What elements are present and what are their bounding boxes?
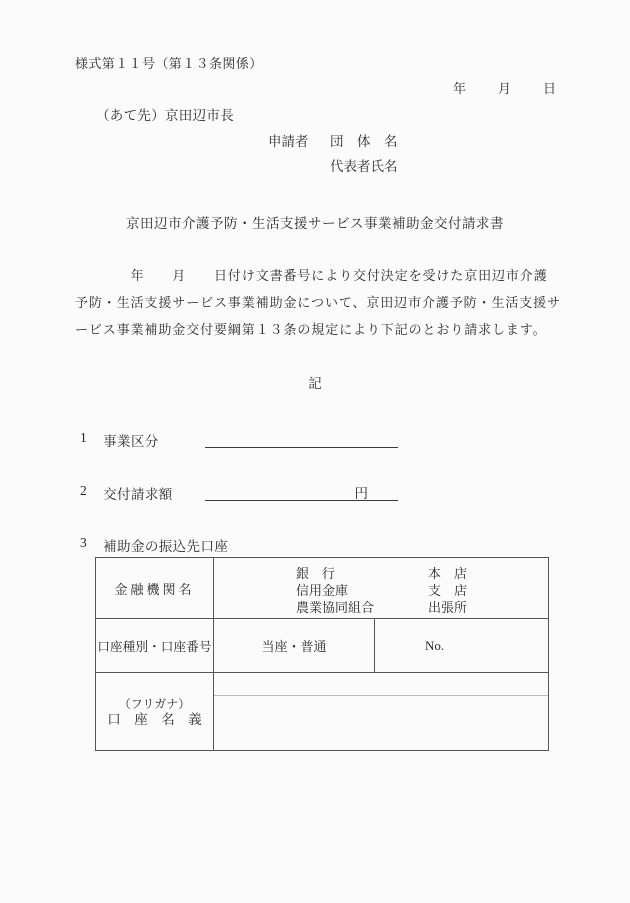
institution-type: 農業協同組合 — [296, 599, 374, 616]
furigana-entry-area — [214, 673, 548, 696]
item-business-category: 1 事業区分 — [80, 430, 159, 450]
document-title: 京田辺市介護予防・生活支援サービス事業補助金交付請求書 — [0, 212, 630, 232]
applicant-label: 申請者 — [268, 130, 309, 150]
month-label: 月 — [498, 78, 511, 97]
item-request-amount: 2 交付請求額 — [80, 483, 173, 503]
bank-account-table: 金融機関名 銀 行 信用金庫 農業協同組合 本 店 支 店 出張所 口座 — [95, 557, 549, 751]
document-page: 様式第１１号（第１３条関係） 年 月 日 （あて先）京田辺市長 申請者 団 体 … — [0, 0, 630, 903]
body-paragraph: 年 月 日付け文書番号により交付決定を受けた京田辺市介護 予防・生活支援サービス… — [75, 262, 561, 343]
item-number: 3 — [80, 535, 87, 555]
body-line: 予防・生活支援サービス事業補助金について、京田辺市介護予防・生活支援サ — [75, 289, 561, 316]
body-line: ービス事業補助金交付要綱第１３条の規定により下記のとおり請求します。 — [75, 316, 561, 343]
branch-type: 本 店 — [428, 565, 467, 582]
branch-type: 出張所 — [428, 599, 467, 616]
item-number: 2 — [80, 483, 87, 503]
body-line: 年 月 日付け文書番号により交付決定を受けた京田辺市介護 — [75, 262, 561, 289]
account-number-cell: No. — [375, 619, 549, 673]
item-number: 1 — [80, 430, 87, 450]
yen-unit-label: 円 — [355, 486, 369, 501]
financial-institution-header: 金融機関名 — [96, 558, 214, 619]
account-holder-entry-cell — [214, 673, 549, 751]
account-kind-cell: 当座・普通 — [214, 619, 375, 673]
institution-type-options: 銀 行 信用金庫 農業協同組合 — [296, 565, 374, 616]
item-label: 事業区分 — [103, 430, 159, 450]
financial-institution-options-cell: 銀 行 信用金庫 農業協同組合 本 店 支 店 出張所 — [214, 558, 549, 619]
request-amount-fill-line: 円 — [205, 482, 398, 501]
item-label: 補助金の振込先口座 — [103, 535, 228, 555]
institution-type: 信用金庫 — [296, 582, 374, 599]
date-line: 年 月 日 — [453, 78, 556, 97]
branch-type-options: 本 店 支 店 出張所 — [428, 565, 467, 616]
branch-type: 支 店 — [428, 582, 467, 599]
day-label: 日 — [543, 78, 556, 97]
business-category-fill-line — [205, 429, 398, 448]
record-marker: 記 — [0, 372, 630, 392]
account-holder-header: （フリガナ） 口 座 名 義 — [96, 673, 214, 751]
item-bank-account: 3 補助金の振込先口座 — [80, 535, 228, 555]
institution-type: 銀 行 — [296, 565, 374, 582]
form-number: 様式第１１号（第１３条関係） — [75, 53, 263, 72]
furigana-label: （フリガナ） — [96, 696, 213, 712]
representative-label: 代表者氏名 — [330, 155, 398, 175]
item-label: 交付請求額 — [103, 483, 173, 503]
account-holder-label: 口 座 名 義 — [96, 712, 213, 728]
holder-name-entry-area — [214, 696, 548, 750]
account-type-number-header: 口座種別・口座番号 — [96, 619, 214, 673]
org-name-label: 団 体 名 — [330, 130, 398, 150]
addressee: （あて先）京田辺市長 — [96, 104, 234, 124]
year-label: 年 — [453, 78, 466, 97]
